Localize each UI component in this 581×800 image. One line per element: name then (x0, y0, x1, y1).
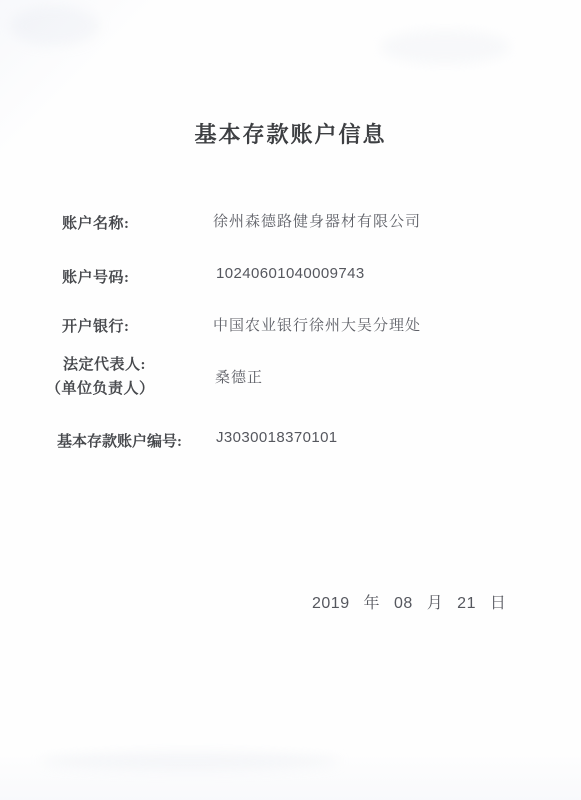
field-value-account-number: 10240601040009743 (216, 265, 365, 282)
field-label-account-name: 账户名称: (62, 212, 130, 233)
field-label-basic-account-no: 基本存款账户编号: (57, 430, 182, 451)
scan-artifact (380, 30, 510, 64)
scanned-document-page: 基本存款账户信息 账户名称: 徐州森德路健身器材有限公司 账户号码: 10240… (0, 0, 581, 800)
field-label-account-number: 账户号码: (62, 266, 130, 287)
scan-artifact (10, 6, 100, 46)
field-value-basic-account-no: J3030018370101 (216, 429, 338, 446)
field-sublabel-unit-head: （单位负责人） (46, 377, 155, 398)
document-title: 基本存款账户信息 (0, 118, 581, 149)
field-value-legal-representative: 桑德正 (215, 366, 263, 387)
scan-artifact (40, 752, 340, 770)
field-value-account-name: 徐州森德路健身器材有限公司 (213, 210, 421, 231)
field-value-bank: 中国农业银行徐州大吴分理处 (213, 314, 421, 335)
field-label-legal-representative: 法定代表人: (63, 353, 146, 374)
field-label-bank: 开户银行: (62, 315, 130, 336)
document-date: 2019 年 08 月 21 日 (312, 590, 506, 613)
